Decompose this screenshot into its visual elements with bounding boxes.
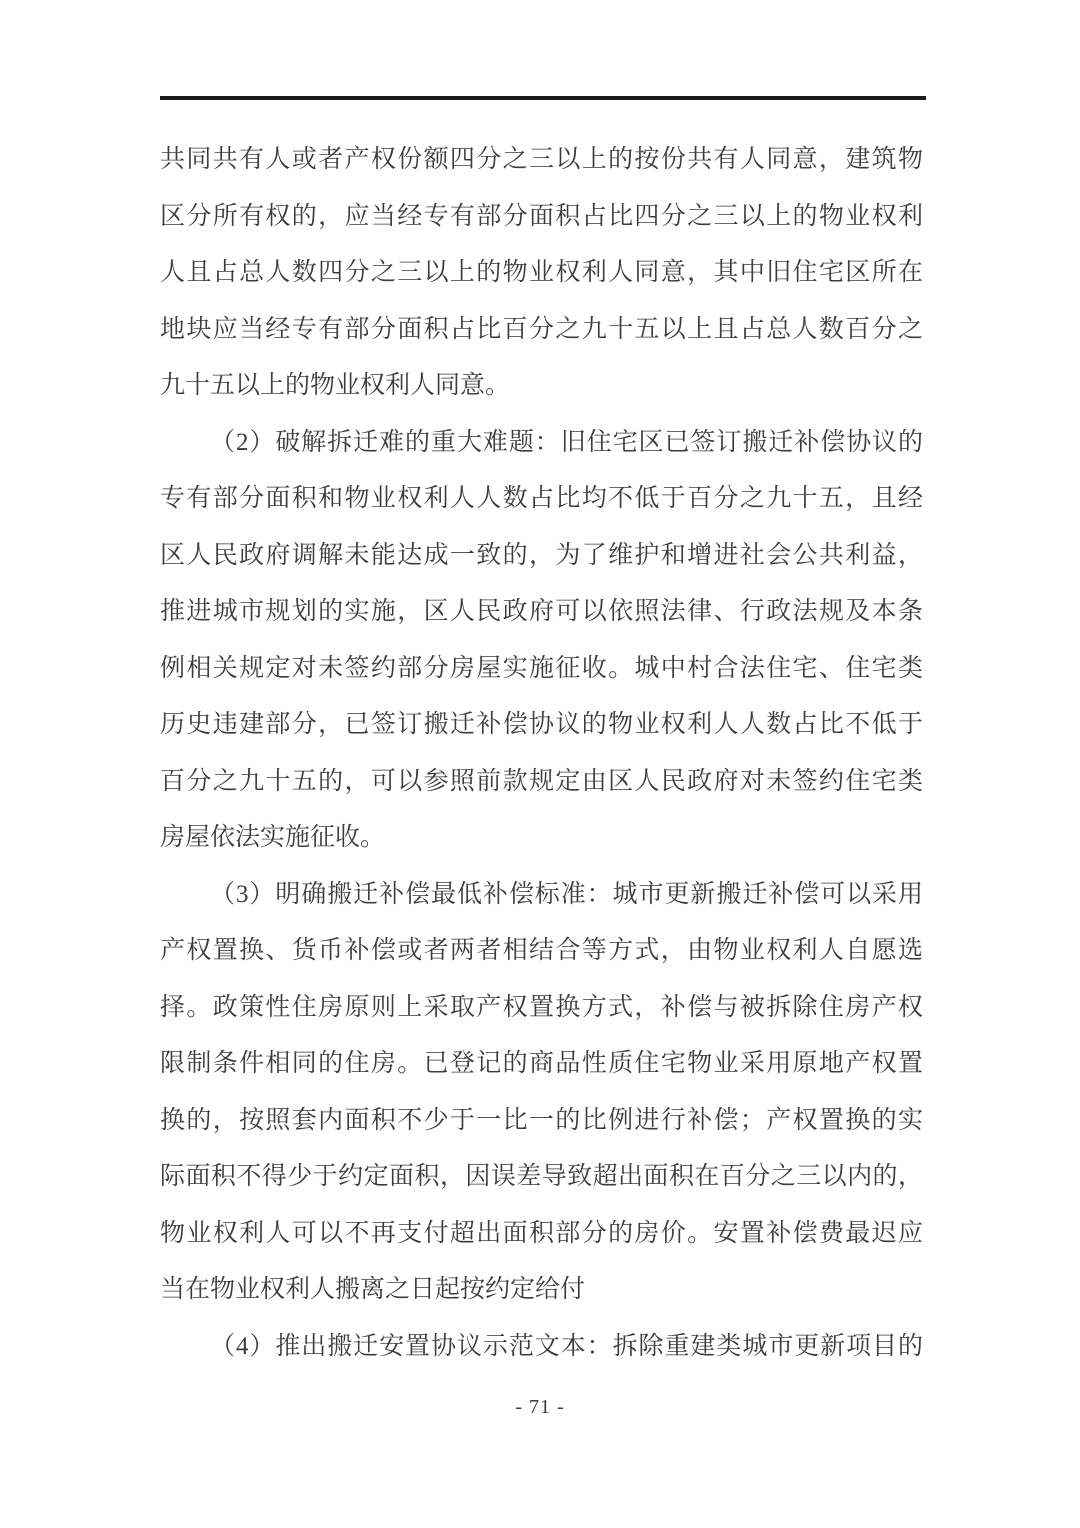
text-line-p3-l4: 限制条件相同的住房。已登记的商品性质住宅物业采用原地产权置 <box>160 1036 923 1093</box>
text-line-p1-l3: 人且占总人数四分之三以上的物业权利人同意，其中旧住宅区所在 <box>160 245 923 302</box>
text-line-p2-l7: 百分之九十五的，可以参照前款规定由区人民政府对未签约住宅类 <box>160 754 923 811</box>
text-line-p3-l6: 际面积不得少于约定面积，因误差导致超出面积在百分之三以内的， <box>160 1149 923 1206</box>
text-line-p3-l1: （3）明确搬迁补偿最低补偿标准：城市更新搬迁补偿可以采用 <box>160 867 923 924</box>
text-line-p3-l7: 物业权利人可以不再支付超出面积部分的房价。安置补偿费最迟应 <box>160 1206 923 1263</box>
page-number: - 71 - <box>0 1396 1080 1419</box>
text-line-p2-l4: 推进城市规划的实施，区人民政府可以依照法律、行政法规及本条 <box>160 584 923 641</box>
text-line-p1-l2: 区分所有权的，应当经专有部分面积占比四分之三以上的物业权利 <box>160 189 923 246</box>
text-line-p2-l5: 例相关规定对未签约部分房屋实施征收。城中村合法住宅、住宅类 <box>160 641 923 698</box>
text-line-p3-l3: 择。政策性住房原则上采取产权置换方式，补偿与被拆除住房产权 <box>160 980 923 1037</box>
text-line-p4-l1: （4）推出搬迁安置协议示范文本：拆除重建类城市更新项目的 <box>160 1319 923 1376</box>
text-line-p2-l8: 房屋依法实施征收。 <box>160 810 923 867</box>
header-rule-divider <box>160 96 926 100</box>
text-line-p1-l5: 九十五以上的物业权利人同意。 <box>160 358 923 415</box>
text-line-p3-l2: 产权置换、货币补偿或者两者相结合等方式，由物业权利人自愿选 <box>160 923 923 980</box>
text-line-p1-l4: 地块应当经专有部分面积占比百分之九十五以上且占总人数百分之 <box>160 302 923 359</box>
text-line-p2-l2: 专有部分面积和物业权利人人数占比均不低于百分之九十五，且经 <box>160 471 923 528</box>
text-line-p2-l3: 区人民政府调解未能达成一致的，为了维护和增进社会公共利益， <box>160 528 923 585</box>
text-line-p2-l6: 历史违建部分，已签订搬迁补偿协议的物业权利人人数占比不低于 <box>160 697 923 754</box>
text-line-p3-l5: 换的，按照套内面积不少于一比一的比例进行补偿；产权置换的实 <box>160 1093 923 1150</box>
document-page: 共同共有人或者产权份额四分之三以上的按份共有人同意，建筑物区分所有权的，应当经专… <box>0 0 1080 1528</box>
text-line-p3-l8: 当在物业权利人搬离之日起按约定给付 <box>160 1262 923 1319</box>
document-body: 共同共有人或者产权份额四分之三以上的按份共有人同意，建筑物区分所有权的，应当经专… <box>160 132 923 1375</box>
text-line-p1-l1: 共同共有人或者产权份额四分之三以上的按份共有人同意，建筑物 <box>160 132 923 189</box>
text-line-p2-l1: （2）破解拆迁难的重大难题：旧住宅区已签订搬迁补偿协议的 <box>160 415 923 472</box>
